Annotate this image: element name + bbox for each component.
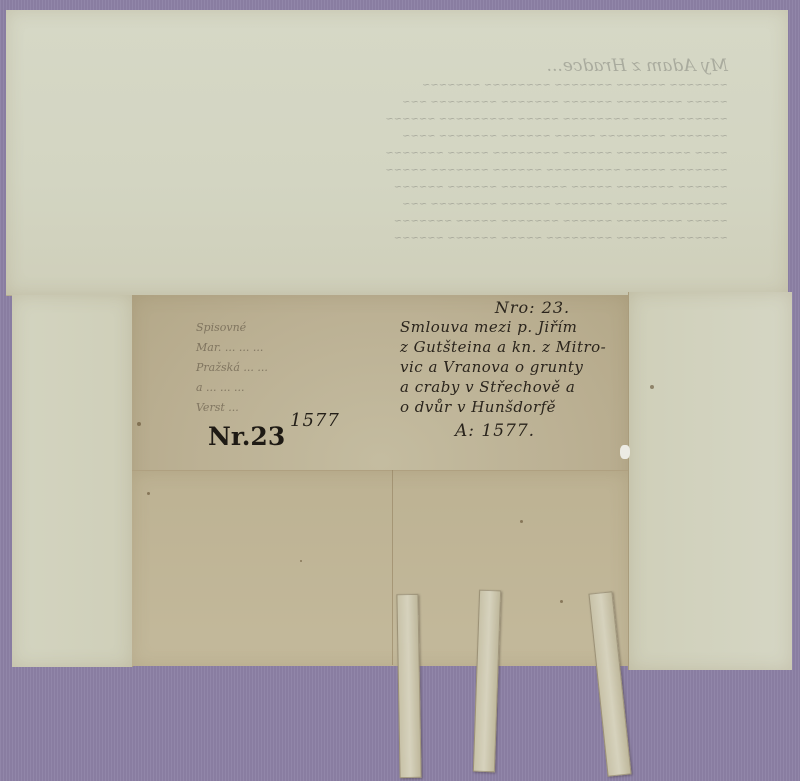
bleed-line: ~~~~~~~ ~~~~~~ ~~~~~~~~ ~~~~~ ~~~~~~ ~~~… bbox=[176, 230, 728, 247]
left-flap bbox=[12, 295, 133, 667]
archival-year: 1577 bbox=[290, 410, 340, 431]
archival-number: Nr.23 bbox=[208, 422, 285, 451]
bleed-line: ~~~~~~~ ~~~~~~~~ ~~~~~ ~~~~~~ ~~~~~~~ ~~… bbox=[176, 128, 728, 145]
bleed-line: ~~~~~ ~~~~~~~~ ~~~~~~ ~~~~~~~ ~~~~~~~~ ~… bbox=[176, 94, 728, 111]
seal-tag bbox=[396, 594, 421, 778]
faint-archival-note: Spisovné Mar. ... ... ... Pražská ... ..… bbox=[196, 318, 386, 418]
stain-spot bbox=[137, 422, 141, 426]
endorsement-line: z Gutšteina a kn. z Mitro- bbox=[400, 337, 625, 357]
faint-note-line: Pražská ... ... bbox=[196, 358, 386, 378]
endorsement-line: a craby v Střechově a bbox=[400, 377, 625, 397]
endorsement-number: Nro: 23. bbox=[440, 298, 625, 317]
stain-spot bbox=[560, 600, 563, 603]
bleed-line: ~~~~~~~ ~~~~~~ ~~~~~~~ ~~~~~~~~ ~~~~~~~ bbox=[176, 77, 728, 94]
endorsement-year: A: 1577. bbox=[455, 421, 625, 441]
parchment-hole bbox=[620, 445, 630, 459]
stain-spot bbox=[300, 560, 302, 562]
faint-note-line: a ... ... ... bbox=[196, 378, 386, 398]
endorsement-note: Nro: 23. Smlouva mezi p. Jiřím z Gutštei… bbox=[400, 298, 625, 441]
bleed-line: ~~~~~~ ~~~~~~~ ~~~~~ ~~~~~~~~ ~~~~~~ ~~~… bbox=[176, 179, 728, 196]
fold-line bbox=[392, 470, 393, 665]
faint-note-line: Mar. ... ... ... bbox=[196, 338, 386, 358]
top-flap: My Adam z Hradce... ~~~~~~~ ~~~~~~ ~~~~~… bbox=[6, 10, 788, 296]
endorsement-line: o dvůr v Hunšdorfě bbox=[400, 397, 625, 417]
right-flap bbox=[628, 292, 792, 670]
stain-spot bbox=[147, 492, 150, 495]
stain-spot bbox=[520, 520, 523, 523]
center-panel-lower bbox=[132, 470, 628, 666]
bleed-line: ~~~~ ~~~~~~~~~ ~~~~~~ ~~~~~~~~ ~~~~~ ~~~… bbox=[176, 145, 728, 162]
bleed-line: ~~~~~ ~~~~~~~~ ~~~~~~ ~~~~~~~ ~~~~~ ~~~~… bbox=[176, 213, 728, 230]
endorsement-line: vic a Vranova o grunty bbox=[400, 357, 625, 377]
bleed-line: ~~~~~~~ ~~~~~ ~~~~~~~~~ ~~~~~~ ~~~~~~~ ~… bbox=[176, 162, 728, 179]
bleed-line: ~~~~~~ ~~~~~ ~~~~~~~~ ~~~~~ ~~~~~~~~~ ~~… bbox=[176, 111, 728, 128]
faint-note-line: Spisovné bbox=[196, 318, 386, 338]
bleed-through-text: My Adam z Hradce... ~~~~~~~ ~~~~~~ ~~~~~… bbox=[176, 55, 728, 247]
bleed-heading: My Adam z Hradce... bbox=[176, 55, 728, 77]
bleed-line: ~~~~~~~~ ~~~~~ ~~~~~~~ ~~~~~~ ~~~~~~~~ ~… bbox=[176, 196, 728, 213]
stain-spot bbox=[650, 385, 654, 389]
endorsement-line: Smlouva mezi p. Jiřím bbox=[400, 317, 625, 337]
